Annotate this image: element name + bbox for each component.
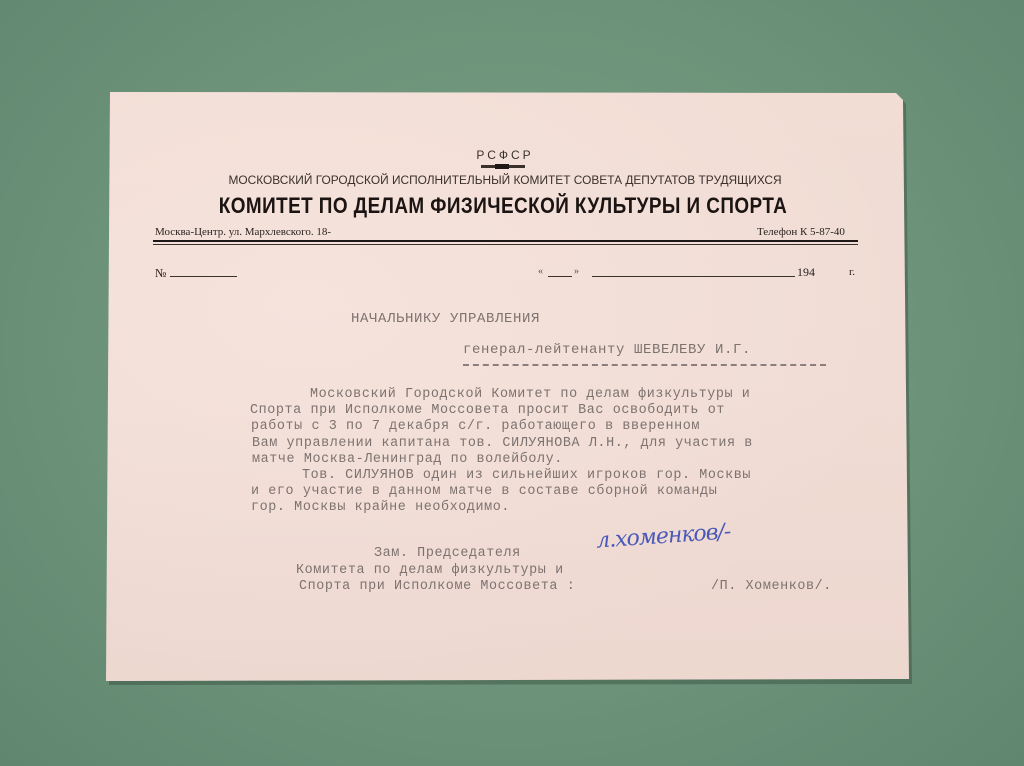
date-year-suffix: г. xyxy=(849,266,855,278)
body-line: Вам управлении капитана тов. СИЛУЯНОВА Л… xyxy=(252,436,753,452)
date-year: 194 xyxy=(797,265,815,280)
document-number-field xyxy=(170,276,237,277)
body-line: гор. Москвы крайне необходимо. xyxy=(251,500,510,516)
executive-committee-title: МОСКОВСКИЙ ГОРОДСКОЙ ИСПОЛНИТЕЛЬНЫЙ КОМИ… xyxy=(20,173,990,187)
header-rule-thin xyxy=(153,244,858,245)
signatory-name: /П. Хоменков/. xyxy=(711,579,832,594)
date-month-field xyxy=(592,276,795,277)
body-line: и его участие в данном матче в составе с… xyxy=(251,484,717,500)
addressee-underline xyxy=(463,364,826,366)
letter-sheet xyxy=(0,0,1024,766)
body-line: работы с 3 по 7 декабря с/г. работающего… xyxy=(251,419,700,435)
date-close-quote: » xyxy=(574,266,579,277)
addressee-name: генерал-лейтенанту ШЕВЕЛЕВУ И.Г. xyxy=(463,342,751,358)
phone-number: Телефон К 5-87-40 xyxy=(757,226,845,238)
signatory-title-line2: Комитета по делам физкультуры и xyxy=(296,563,564,578)
body-line: Тов. СИЛУЯНОВ один из сильнейших игроков… xyxy=(302,468,751,484)
date-day-field xyxy=(548,276,572,277)
body-line: матче Москва-Ленинград по волейболу. xyxy=(252,452,563,468)
addressee-title: НАЧАЛЬНИКУ УПРАВЛЕНИЯ xyxy=(351,311,540,327)
committee-name: КОМИТЕТ ПО ДЕЛАМ ФИЗИЧЕСКОЙ КУЛЬТУРЫ И С… xyxy=(70,193,935,219)
header-rule-thick xyxy=(153,240,858,242)
ornamental-rule xyxy=(481,165,525,168)
address: Москва-Центр. ул. Мархлевского. 18- xyxy=(155,226,331,238)
date-open-quote: « xyxy=(538,266,543,277)
body-line: Спорта при Исполкоме Моссовета просит Ва… xyxy=(250,403,725,419)
signatory-title-line3: Спорта при Исполкоме Моссовета : xyxy=(299,579,575,594)
signatory-title-line1: Зам. Председателя xyxy=(374,546,521,561)
republic-title: РСФСР xyxy=(0,148,1010,162)
body-line: Московский Городской Комитет по делам фи… xyxy=(310,387,750,403)
document-number-label: № xyxy=(155,266,166,281)
